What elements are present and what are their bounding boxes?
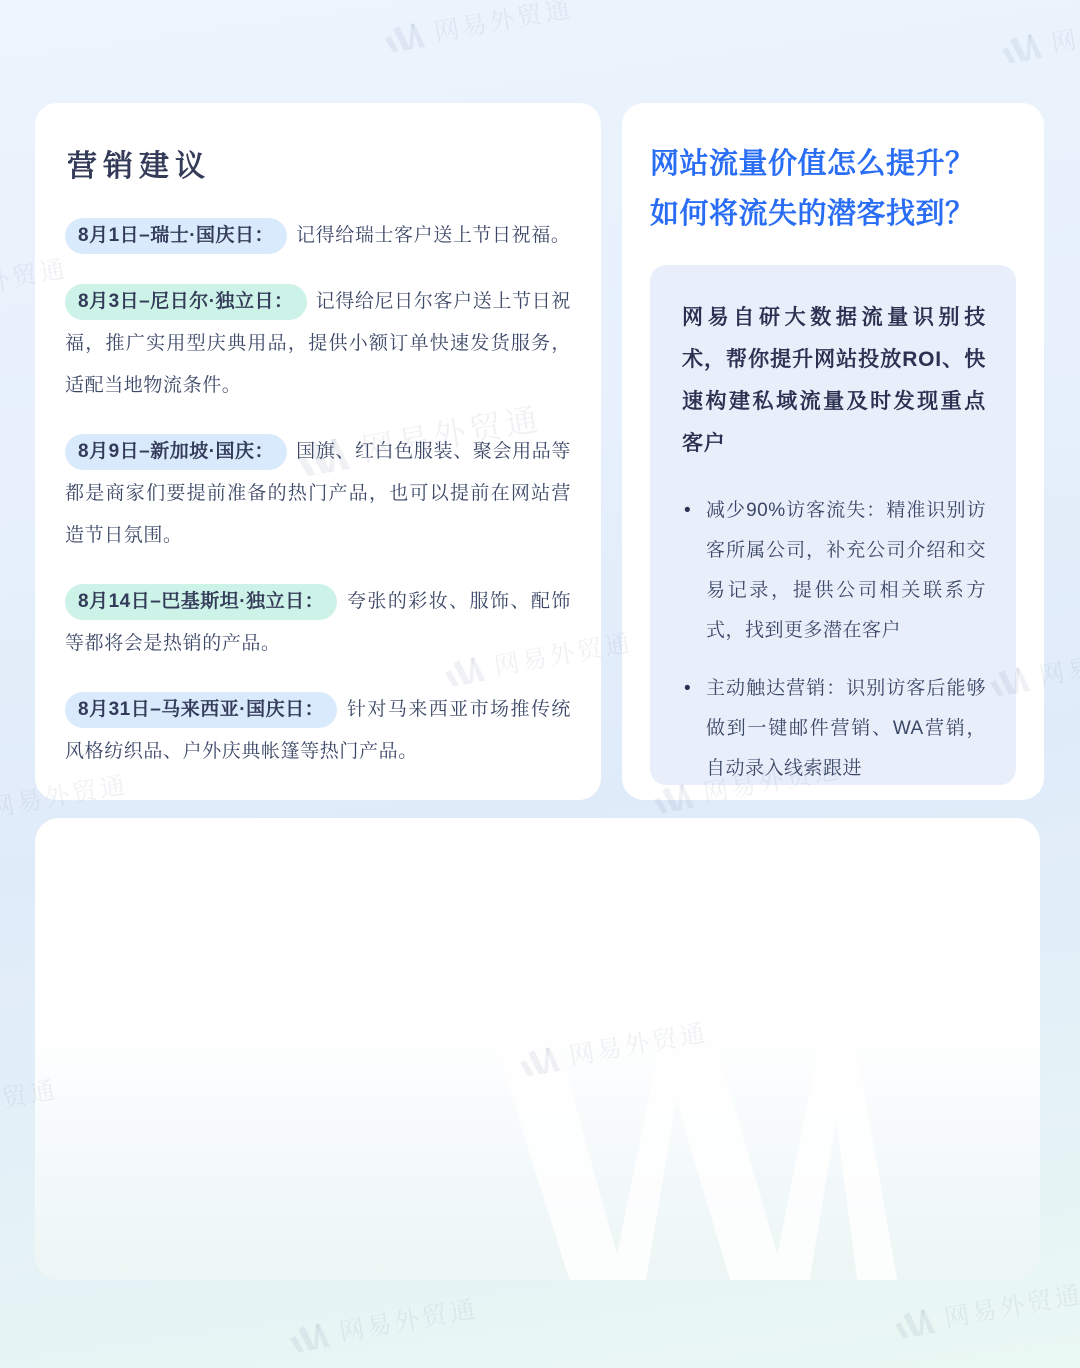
marketing-suggestions-card: 营销建议 8月1日–瑞士·国庆日：记得给瑞士客户送上节日祝福。 8月3日–尼日尔… [35, 103, 601, 800]
bullet-text: 减少90%访客流失：精准识别访客所属公司，补充公司介绍和交易记录，提供公司相关联… [706, 500, 986, 641]
right-card-title-line2: 如何将流失的潜客找到？ [650, 189, 1016, 239]
marketing-entry: 8月1日–瑞士·国庆日：记得给瑞士客户送上节日祝福。 [65, 215, 571, 257]
right-card-title: 网站流量价值怎么提升？ 如何将流失的潜客找到？ [650, 139, 1016, 239]
wa-logo-icon [381, 19, 427, 53]
marketing-entry: 8月31日–马来西亚·国庆日：针对马来西亚市场推传统风格纺织品、户外庆典帐篷等热… [65, 689, 571, 773]
marketing-entry: 8月14日–巴基斯坦·独立日：夸张的彩妆、服饰、配饰等都将会是热销的产品。 [65, 581, 571, 665]
watermark-text: 网易外贸通 [336, 1289, 480, 1349]
watermark: 网易外贸通 [380, 0, 575, 58]
date-highlight: 8月31日–马来西亚·国庆日： [65, 692, 337, 728]
bullet-text: 主动触达营销：识别访客后能够做到一键邮件营销、WA营销，自动录入线索跟进 [706, 678, 986, 779]
bottom-card [35, 818, 1040, 1280]
date-highlight: 8月14日–巴基斯坦·独立日： [65, 584, 337, 620]
bullet-dot: • [684, 491, 691, 531]
feature-bullet: •减少90%访客流失：精准识别访客所属公司，补充公司介绍和交易记录，提供公司相关… [682, 491, 986, 651]
feature-bullet: •主动触达营销：识别访客后能够做到一键邮件营销、WA营销，自动录入线索跟进 [682, 669, 986, 789]
watermark: 网易外贸通 [285, 1289, 480, 1358]
marketing-entry: 8月9日–新加坡·国庆：国旗、红白色服装、聚会用品等都是商家们要提前准备的热门产… [65, 431, 571, 557]
traffic-value-card: 网站流量价值怎么提升？ 如何将流失的潜客找到？ 网易自研大数据流量识别技术，帮你… [622, 103, 1044, 800]
marketing-entry: 8月3日–尼日尔·独立日：记得给尼日尔客户送上节日祝福，推广实用型庆典用品，提供… [65, 281, 571, 407]
wa-logo-icon [496, 1000, 898, 1280]
feature-bullet-list: •减少90%访客流失：精准识别访客所属公司，补充公司介绍和交易记录，提供公司相关… [682, 491, 986, 789]
left-card-title: 营销建议 [67, 141, 571, 185]
bullet-dot: • [684, 669, 691, 709]
feature-box: 网易自研大数据流量识别技术，帮你提升网站投放ROI、快速构建私域流量及时发现重点… [650, 265, 1016, 785]
date-highlight: 8月9日–新加坡·国庆： [65, 434, 287, 470]
watermark-text: 网易外贸通 [941, 1275, 1080, 1335]
watermark: 网易外贸通 [997, 0, 1080, 69]
right-card-title-line1: 网站流量价值怎么提升？ [650, 139, 1016, 189]
entry-text: 记得给瑞士客户送上节日祝福。 [296, 225, 570, 246]
wa-logo-icon [286, 1319, 332, 1353]
feature-lead-text: 网易自研大数据流量识别技术，帮你提升网站投放ROI、快速构建私域流量及时发现重点… [682, 297, 986, 465]
date-highlight: 8月1日–瑞士·国庆日： [65, 218, 287, 254]
watermark: 网易外贸通 [890, 1275, 1080, 1344]
page-background: 营销建议 8月1日–瑞士·国庆日：记得给瑞士客户送上节日祝福。 8月3日–尼日尔… [0, 0, 1080, 1368]
wa-logo-icon [891, 1305, 937, 1339]
watermark-text: 网易外贸通 [1048, 0, 1080, 60]
wa-logo-icon [998, 30, 1044, 64]
watermark-text: 网易外贸通 [431, 0, 575, 49]
date-highlight: 8月3日–尼日尔·独立日： [65, 284, 307, 320]
